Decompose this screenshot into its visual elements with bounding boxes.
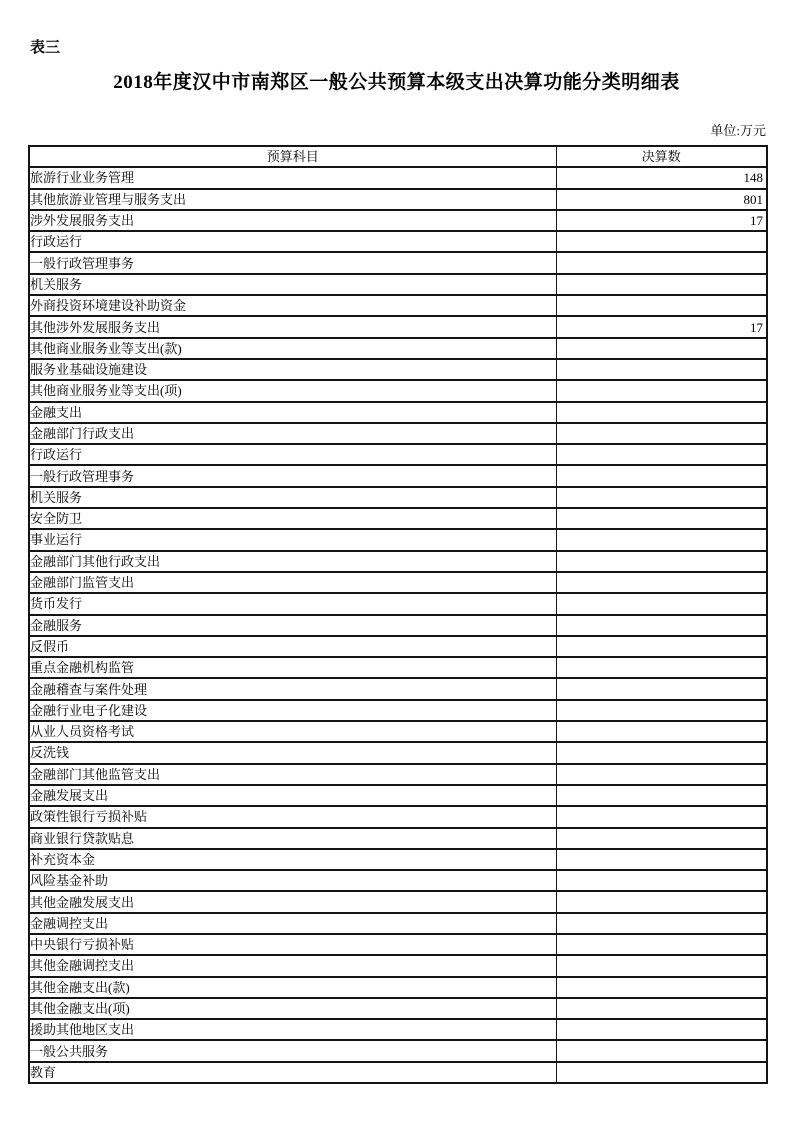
budget-subject-cell: 反洗钱: [29, 742, 556, 763]
final-amount-cell: 17: [556, 210, 767, 231]
final-amount-cell: [556, 636, 767, 657]
final-amount-cell: [556, 849, 767, 870]
final-amount-cell: [556, 891, 767, 912]
table-row: 金融稽查与案件处理: [29, 678, 767, 699]
column-header-final-amount: 决算数: [556, 146, 767, 167]
budget-subject-cell: 商业银行贷款贴息: [29, 828, 556, 849]
final-amount-cell: [556, 593, 767, 614]
budget-subject-cell: 政策性银行亏损补贴: [29, 806, 556, 827]
budget-subject-cell: 补充资本金: [29, 849, 556, 870]
table-row: 安全防卫: [29, 508, 767, 529]
final-amount-cell: 17: [556, 316, 767, 337]
final-amount-cell: [556, 721, 767, 742]
header-row: 预算科目 决算数: [29, 146, 767, 167]
budget-subject-cell: 其他商业服务业等支出(项): [29, 380, 556, 401]
budget-subject-cell: 其他涉外发展服务支出: [29, 316, 556, 337]
table-row: 金融部门其他行政支出: [29, 551, 767, 572]
table-row: 一般行政管理事务: [29, 465, 767, 486]
table-row: 风险基金补助: [29, 870, 767, 891]
final-amount-cell: [556, 1040, 767, 1061]
table-row: 旅游行业业务管理148: [29, 167, 767, 188]
budget-subject-cell: 其他金融支出(项): [29, 998, 556, 1019]
table-row: 行政运行: [29, 444, 767, 465]
final-amount-cell: [556, 487, 767, 508]
table-row: 金融发展支出: [29, 785, 767, 806]
budget-subject-cell: 教育: [29, 1062, 556, 1083]
final-amount-cell: [556, 615, 767, 636]
table-row: 金融部门监管支出: [29, 572, 767, 593]
final-amount-cell: [556, 274, 767, 295]
budget-subject-cell: 其他金融调控支出: [29, 955, 556, 976]
final-amount-cell: [556, 551, 767, 572]
final-amount-cell: [556, 380, 767, 401]
budget-subject-cell: 金融部门监管支出: [29, 572, 556, 593]
column-header-budget-subject: 预算科目: [29, 146, 556, 167]
budget-subject-cell: 行政运行: [29, 444, 556, 465]
final-amount-cell: [556, 742, 767, 763]
final-amount-cell: [556, 977, 767, 998]
final-amount-cell: 148: [556, 167, 767, 188]
final-amount-cell: [556, 785, 767, 806]
table-row: 机关服务: [29, 274, 767, 295]
table-row: 政策性银行亏损补贴: [29, 806, 767, 827]
budget-subject-cell: 货币发行: [29, 593, 556, 614]
final-amount-cell: [556, 934, 767, 955]
table-row: 货币发行: [29, 593, 767, 614]
budget-subject-cell: 金融支出: [29, 402, 556, 423]
final-amount-cell: [556, 338, 767, 359]
budget-subject-cell: 事业运行: [29, 529, 556, 550]
table-row: 其他商业服务业等支出(款): [29, 338, 767, 359]
budget-subject-cell: 其他商业服务业等支出(款): [29, 338, 556, 359]
final-amount-cell: [556, 359, 767, 380]
budget-subject-cell: 一般公共服务: [29, 1040, 556, 1061]
budget-subject-cell: 涉外发展服务支出: [29, 210, 556, 231]
table-row: 金融部门行政支出: [29, 423, 767, 444]
table-row: 其他商业服务业等支出(项): [29, 380, 767, 401]
table-row: 反洗钱: [29, 742, 767, 763]
table-row: 金融调控支出: [29, 913, 767, 934]
final-amount-cell: [556, 402, 767, 423]
budget-subject-cell: 一般行政管理事务: [29, 465, 556, 486]
table-row: 事业运行: [29, 529, 767, 550]
table-row: 机关服务: [29, 487, 767, 508]
budget-subject-cell: 旅游行业业务管理: [29, 167, 556, 188]
final-amount-cell: 801: [556, 189, 767, 210]
budget-subject-cell: 金融部门其他监管支出: [29, 764, 556, 785]
final-amount-cell: [556, 828, 767, 849]
table-number-label: 表三: [30, 36, 60, 57]
table-row: 从业人员资格考试: [29, 721, 767, 742]
budget-subject-cell: 风险基金补助: [29, 870, 556, 891]
budget-subject-cell: 其他金融发展支出: [29, 891, 556, 912]
budget-subject-cell: 机关服务: [29, 487, 556, 508]
final-amount-cell: [556, 572, 767, 593]
budget-subject-cell: 金融部门其他行政支出: [29, 551, 556, 572]
table-row: 其他旅游业管理与服务支出801: [29, 189, 767, 210]
final-amount-cell: [556, 231, 767, 252]
table-header: 预算科目 决算数: [29, 146, 767, 167]
final-amount-cell: [556, 295, 767, 316]
budget-subject-cell: 重点金融机构监管: [29, 657, 556, 678]
budget-subject-cell: 其他旅游业管理与服务支出: [29, 189, 556, 210]
table-row: 其他金融调控支出: [29, 955, 767, 976]
table-row: 金融支出: [29, 402, 767, 423]
table-body: 旅游行业业务管理148其他旅游业管理与服务支出801涉外发展服务支出17行政运行…: [29, 167, 767, 1083]
table-row: 反假币: [29, 636, 767, 657]
budget-subject-cell: 金融服务: [29, 615, 556, 636]
final-amount-cell: [556, 508, 767, 529]
budget-subject-cell: 金融部门行政支出: [29, 423, 556, 444]
table-row: 服务业基础设施建设: [29, 359, 767, 380]
final-amount-cell: [556, 444, 767, 465]
budget-subject-cell: 援助其他地区支出: [29, 1019, 556, 1040]
table-row: 重点金融机构监管: [29, 657, 767, 678]
final-amount-cell: [556, 657, 767, 678]
budget-table: 预算科目 决算数 旅游行业业务管理148其他旅游业管理与服务支出801涉外发展服…: [28, 145, 768, 1084]
final-amount-cell: [556, 955, 767, 976]
budget-subject-cell: 金融稽查与案件处理: [29, 678, 556, 699]
table-row: 外商投资环境建设补助资金: [29, 295, 767, 316]
budget-subject-cell: 一般行政管理事务: [29, 252, 556, 273]
final-amount-cell: [556, 465, 767, 486]
final-amount-cell: [556, 678, 767, 699]
final-amount-cell: [556, 1062, 767, 1083]
table-row: 其他涉外发展服务支出17: [29, 316, 767, 337]
budget-subject-cell: 金融行业电子化建设: [29, 700, 556, 721]
final-amount-cell: [556, 529, 767, 550]
budget-subject-cell: 金融发展支出: [29, 785, 556, 806]
final-amount-cell: [556, 998, 767, 1019]
budget-subject-cell: 外商投资环境建设补助资金: [29, 295, 556, 316]
budget-subject-cell: 安全防卫: [29, 508, 556, 529]
table-row: 补充资本金: [29, 849, 767, 870]
table-row: 一般行政管理事务: [29, 252, 767, 273]
final-amount-cell: [556, 913, 767, 934]
budget-subject-cell: 其他金融支出(款): [29, 977, 556, 998]
table-row: 涉外发展服务支出17: [29, 210, 767, 231]
table-row: 行政运行: [29, 231, 767, 252]
table-row: 其他金融发展支出: [29, 891, 767, 912]
table-row: 金融行业电子化建设: [29, 700, 767, 721]
budget-subject-cell: 反假币: [29, 636, 556, 657]
budget-subject-cell: 中央银行亏损补贴: [29, 934, 556, 955]
budget-subject-cell: 行政运行: [29, 231, 556, 252]
table-row: 其他金融支出(项): [29, 998, 767, 1019]
document-page: 表三 2018年度汉中市南郑区一般公共预算本级支出决算功能分类明细表 单位:万元…: [0, 0, 793, 1122]
unit-note: 单位:万元: [710, 120, 766, 139]
final-amount-cell: [556, 870, 767, 891]
document-title: 2018年度汉中市南郑区一般公共预算本级支出决算功能分类明细表: [0, 67, 793, 94]
table-row: 一般公共服务: [29, 1040, 767, 1061]
final-amount-cell: [556, 1019, 767, 1040]
budget-subject-cell: 金融调控支出: [29, 913, 556, 934]
budget-subject-cell: 机关服务: [29, 274, 556, 295]
budget-subject-cell: 服务业基础设施建设: [29, 359, 556, 380]
table-row: 教育: [29, 1062, 767, 1083]
final-amount-cell: [556, 764, 767, 785]
table-row: 商业银行贷款贴息: [29, 828, 767, 849]
table-row: 金融服务: [29, 615, 767, 636]
final-amount-cell: [556, 423, 767, 444]
final-amount-cell: [556, 700, 767, 721]
final-amount-cell: [556, 252, 767, 273]
table-row: 其他金融支出(款): [29, 977, 767, 998]
table-row: 中央银行亏损补贴: [29, 934, 767, 955]
table-row: 援助其他地区支出: [29, 1019, 767, 1040]
final-amount-cell: [556, 806, 767, 827]
budget-subject-cell: 从业人员资格考试: [29, 721, 556, 742]
table-row: 金融部门其他监管支出: [29, 764, 767, 785]
